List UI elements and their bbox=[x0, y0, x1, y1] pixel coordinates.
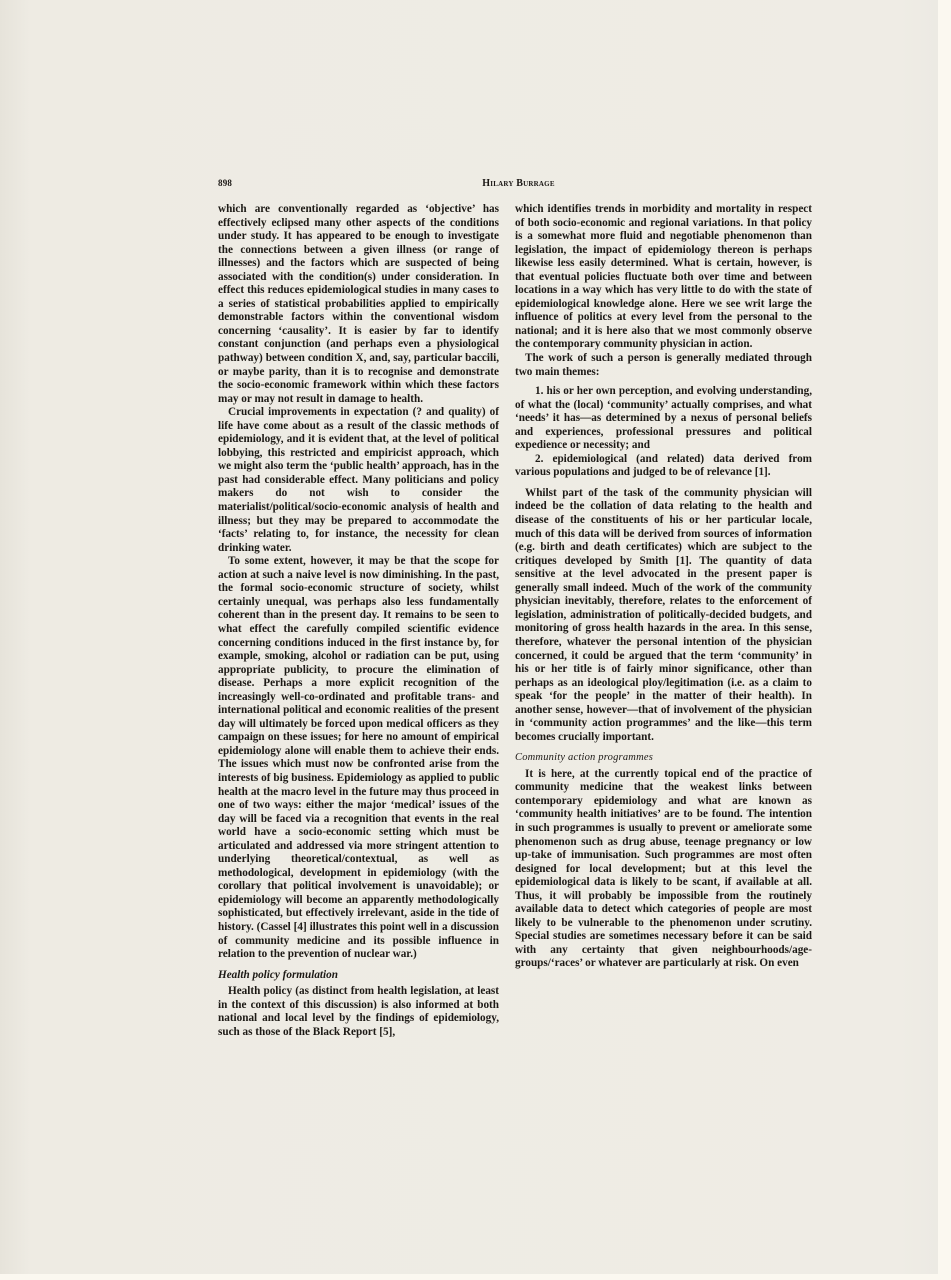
left-column: which are conventionally regarded as ‘ob… bbox=[218, 203, 499, 1039]
running-head: 898 Hilary Burrage bbox=[218, 178, 811, 192]
paragraph: Health policy (as distinct from health l… bbox=[218, 985, 499, 1039]
list-item: 2. epidemiological (and related) data de… bbox=[515, 453, 812, 480]
section-heading-community-action: Community action programmes bbox=[515, 751, 812, 765]
paragraph: It is here, at the currently topical end… bbox=[515, 768, 812, 971]
paragraph: which identifies trends in morbidity and… bbox=[515, 203, 812, 352]
running-head-author: Hilary Burrage bbox=[226, 178, 811, 189]
scanned-page: 898 Hilary Burrage which are conventiona… bbox=[0, 0, 938, 1274]
paragraph: which are conventionally regarded as ‘ob… bbox=[218, 203, 499, 406]
right-column: which identifies trends in morbidity and… bbox=[515, 203, 812, 971]
list-item: 1. his or her own perception, and evolvi… bbox=[515, 385, 812, 453]
paragraph: To some extent, however, it may be that … bbox=[218, 555, 499, 961]
paragraph: The work of such a person is generally m… bbox=[515, 352, 812, 379]
paragraph: Crucial improvements in expectation (? a… bbox=[218, 406, 499, 555]
paragraph: Whilst part of the task of the community… bbox=[515, 487, 812, 744]
section-heading-health-policy: Health policy formulation bbox=[218, 969, 499, 983]
